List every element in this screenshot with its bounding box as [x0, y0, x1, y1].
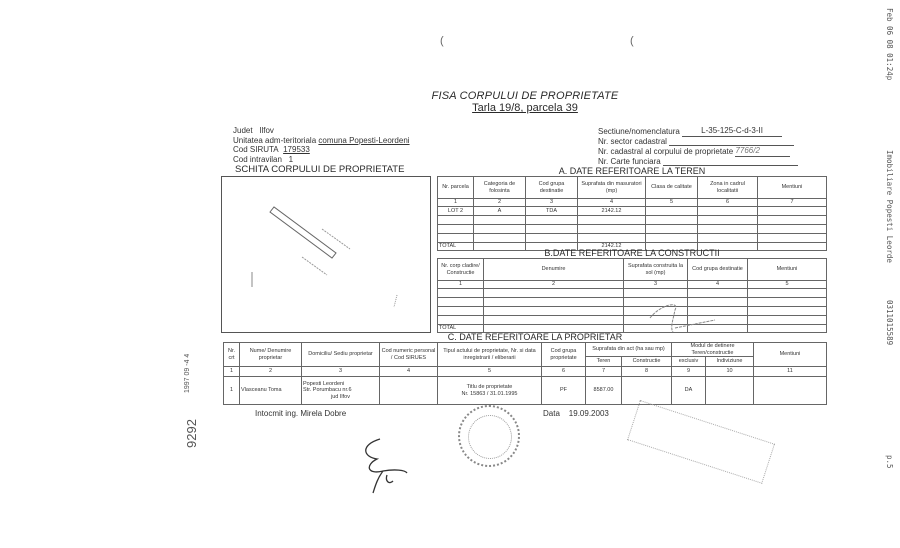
cell-exclusiv: DA: [672, 377, 706, 405]
col-header: Categoria de folosinta: [474, 177, 526, 199]
siruta-line: Cod SIRUTA 179533: [233, 145, 410, 155]
table-row: [438, 298, 827, 307]
fax-phone: 0311015589: [885, 300, 894, 345]
col-number: 4: [688, 281, 748, 289]
siruta-value: 179533: [283, 145, 310, 154]
table-row: [438, 225, 827, 234]
cell-indiviziune: [706, 377, 754, 405]
section-c-title: C. DATE REFERITOARE LA PROPRIETAR: [340, 332, 730, 342]
construction-scribble-icon: [645, 300, 720, 335]
signature-icon: [355, 435, 410, 495]
col-number: 1: [224, 367, 240, 377]
cell-mentiuni: [754, 377, 827, 405]
col-header: Mentiuni: [758, 177, 827, 199]
col-number: 3: [302, 367, 380, 377]
table-row: [438, 234, 827, 243]
date-value: 19.09.2003: [569, 409, 609, 418]
cell-owner-name: Vlasceanu Toma: [240, 377, 302, 405]
sectiune-label: Sectiune/nomenclatura: [598, 127, 680, 136]
cell-constructie: [622, 377, 672, 405]
cell-nr: 1: [224, 377, 240, 405]
unitate-line: Unitatea adm-teritoriala comuna Popesti-…: [233, 136, 410, 146]
cell: A: [474, 207, 526, 216]
address-line: jud Ilfov: [303, 394, 378, 401]
cell-grupa: PF: [542, 377, 586, 405]
fax-page: p.5: [885, 455, 894, 469]
parcel-drawing-icon: [222, 177, 430, 332]
col-number: 5: [748, 281, 827, 289]
col-number: 4: [578, 199, 646, 207]
owner-header: Nr. crt Nume/ Denumire proprietar Domici…: [224, 343, 827, 357]
constructions-header: Nr. corp cladire/ Constructie Denumire S…: [438, 259, 827, 281]
constructions-numbers: 1 2 3 4 5: [438, 281, 827, 289]
col-header: Zona in cadrul localitatii: [698, 177, 758, 199]
sketch-title: SCHITA CORPULUI DE PROPRIETATE: [235, 164, 404, 175]
land-table: Nr. parcela Categoria de folosinta Cod g…: [437, 176, 827, 251]
col-number: 3: [526, 199, 578, 207]
land-table-header: Nr. parcela Categoria de folosinta Cod g…: [438, 177, 827, 199]
judet-line: Judet Ilfov: [233, 126, 410, 136]
col-header: Modul de detinere Teren/constructie: [672, 343, 754, 357]
date-line: Data 19.09.2003: [543, 409, 609, 419]
col-header: Mentiuni: [754, 343, 827, 367]
judet-label: Judet: [233, 126, 253, 135]
cell-teren: 8587.00: [586, 377, 622, 405]
col-header: Denumire: [484, 259, 624, 281]
rectangular-stamp-icon: [627, 400, 775, 484]
col-header: Constructie: [622, 357, 672, 367]
fax-date: Feb 06 08 01:24p: [885, 8, 894, 80]
col-header: Suprafata din masuratori (mp): [578, 177, 646, 199]
col-header: Tipul actului de proprietate, Nr. si dat…: [438, 343, 542, 367]
date-label: Data: [543, 409, 560, 418]
siruta-label: Cod SIRUTA: [233, 145, 279, 154]
table-row: [438, 307, 827, 316]
punch-mark-left: (: [440, 35, 444, 47]
section-b-title: B.DATE REFERITOARE LA CONSTRUCTII: [437, 248, 827, 258]
col-number: 4: [380, 367, 438, 377]
cell-address: Popesti Leordeni Str. Porumbacu nr.6 jud…: [302, 377, 380, 405]
cell: 2142.12: [578, 207, 646, 216]
col-header: exclusiv: [672, 357, 706, 367]
intravilan-line: Cod intravilan 1: [233, 155, 410, 165]
fax-header: Feb 06 08 01:24p Imobiliare Popesti Leor…: [878, 0, 898, 480]
right-info-block: Sectiune/nomenclatura L-35-125-C-d-3-II …: [598, 126, 813, 166]
col-number: 6: [698, 199, 758, 207]
col-number: 9: [672, 367, 706, 377]
cell-cnp: [380, 377, 438, 405]
act-number: Nr. 15863 / 31.01.1995: [439, 391, 540, 398]
intravilan-label: Cod intravilan: [233, 155, 282, 164]
parcel-sketch: [221, 176, 431, 333]
col-number: 5: [646, 199, 698, 207]
carte-label: Nr. Carte funciara: [598, 157, 661, 166]
table-row: 1 Vlasceanu Toma Popesti Leordeni Str. P…: [224, 377, 827, 405]
cell: [646, 207, 698, 216]
col-number: 6: [542, 367, 586, 377]
col-number: 2: [474, 199, 526, 207]
punch-mark-right: (: [630, 35, 634, 47]
constructions-table: Nr. corp cladire/ Constructie Denumire S…: [437, 258, 827, 333]
document-title: FISA CORPULUI DE PROPRIETATE: [400, 90, 650, 102]
carte-value: [663, 157, 798, 166]
prepared-by: Intocmit ing. Mirela Dobre: [255, 409, 346, 419]
col-number: 10: [706, 367, 754, 377]
col-number: 1: [438, 199, 474, 207]
col-header: Cod numeric personal / Cod SIRUES: [380, 343, 438, 367]
cell: LOT 2: [438, 207, 474, 216]
intravilan-value: 1: [289, 155, 293, 164]
col-number: 7: [758, 199, 827, 207]
col-header: Mentiuni: [748, 259, 827, 281]
nr-cadastral-label: Nr. cadastral al corpului de proprietate: [598, 147, 733, 156]
col-header: Nr. crt: [224, 343, 240, 367]
col-header: Nr. parcela: [438, 177, 474, 199]
margin-date: 1997 09 -4 4: [184, 354, 191, 393]
sector-label: Nr. sector cadastral: [598, 137, 667, 146]
col-header: Suprafata construita la sol (mp): [624, 259, 688, 281]
judet-value: Ilfov: [259, 126, 274, 135]
carte-line: Nr. Carte funciara: [598, 157, 813, 167]
col-number: 7: [586, 367, 622, 377]
col-number: 2: [484, 281, 624, 289]
col-header: Suprafata din act (ha sau mp): [586, 343, 672, 357]
col-number: 8: [622, 367, 672, 377]
section-a-title: A. DATE REFERITOARE LA TEREN: [437, 166, 827, 176]
margin-number: 9292: [184, 419, 199, 448]
col-header: Nume/ Denumire proprietar: [240, 343, 302, 367]
col-number: 1: [438, 281, 484, 289]
col-header: Clasa de calitate: [646, 177, 698, 199]
owner-numbers: 1 2 3 4 5 6 7 8 9 10 11: [224, 367, 827, 377]
table-row: [438, 316, 827, 325]
col-header: Cod grupa destinatie: [526, 177, 578, 199]
owner-table: Nr. crt Nume/ Denumire proprietar Domici…: [223, 342, 827, 405]
left-info-block: Judet Ilfov Unitatea adm-teritoriala com…: [233, 126, 410, 164]
col-header: Indiviziune: [706, 357, 754, 367]
nr-cadastral-value: 7766/2: [735, 146, 790, 157]
col-header: Teren: [586, 357, 622, 367]
col-number: 5: [438, 367, 542, 377]
cell: [698, 207, 758, 216]
table-row: [438, 216, 827, 225]
sector-line: Nr. sector cadastral: [598, 137, 813, 147]
cell-act: Titlu de proprietate Nr. 15863 / 31.01.1…: [438, 377, 542, 405]
nr-cadastral-line: Nr. cadastral al corpului de proprietate…: [598, 146, 813, 157]
unitate-value: comuna Popesti-Leordeni: [318, 136, 409, 145]
col-number: 3: [624, 281, 688, 289]
sector-value: [669, 137, 794, 146]
unitate-label: Unitatea adm-teritoriala: [233, 136, 316, 145]
col-header: Cod grupa destinatie: [688, 259, 748, 281]
sectiune-value: L-35-125-C-d-3-II: [682, 126, 782, 137]
land-table-numbers: 1 2 3 4 5 6 7: [438, 199, 827, 207]
cell: [758, 207, 827, 216]
round-stamp-icon: [458, 405, 520, 467]
document-subtitle: Tarla 19/8, parcela 39: [400, 102, 650, 114]
col-header: Cod grupa proprietate: [542, 343, 586, 367]
col-number: 2: [240, 367, 302, 377]
col-header: Nr. corp cladire/ Constructie: [438, 259, 484, 281]
cell: TDA: [526, 207, 578, 216]
sectiune-line: Sectiune/nomenclatura L-35-125-C-d-3-II: [598, 126, 813, 137]
col-header: Domiciliu/ Sediu proprietar: [302, 343, 380, 367]
margin-stamp: 1997 09 -4 4 9292: [184, 338, 204, 448]
fax-sender: Imobiliare Popesti Leorde: [885, 150, 894, 263]
table-row: LOT 2 A TDA 2142.12: [438, 207, 827, 216]
col-number: 11: [754, 367, 827, 377]
table-row: [438, 289, 827, 298]
